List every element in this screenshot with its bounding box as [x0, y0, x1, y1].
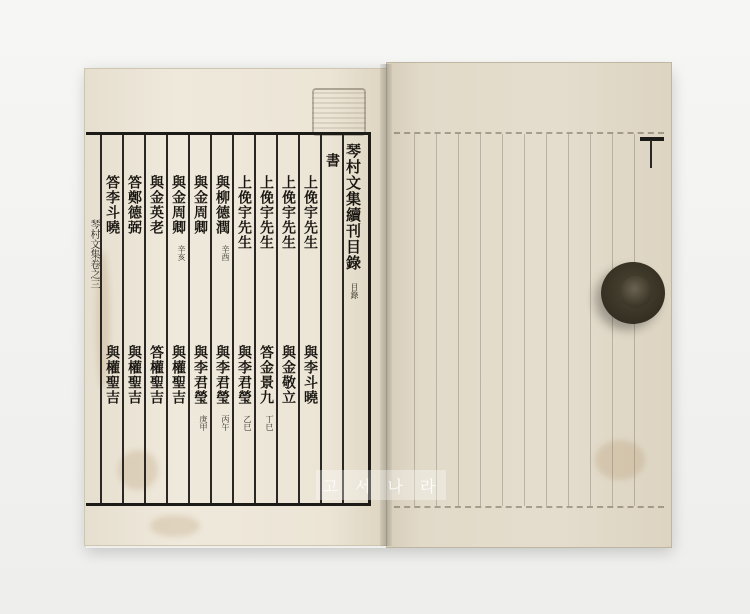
toc-entry: 與權聖吉: [170, 345, 186, 405]
date-note: 丁巳: [264, 415, 275, 431]
toc-entry: 答鄭德弼: [126, 175, 142, 235]
column-rule: [480, 134, 481, 506]
page-corner-mark: [640, 137, 664, 141]
section-heading: 書: [324, 153, 340, 168]
watermark-char: 나: [388, 474, 407, 497]
date-note: 辛亥: [176, 245, 187, 261]
watermark-char: 라: [420, 474, 439, 497]
toc-entry: 上俛宇先生: [258, 175, 274, 250]
column-rule: [210, 135, 212, 503]
toc-entry: 與金敬立: [280, 345, 296, 405]
watermark-char: 서: [355, 474, 374, 497]
column-rule: [502, 134, 503, 506]
title-suffix: 目錄: [349, 283, 360, 299]
column-rule: [568, 134, 569, 506]
watermark-char: 고: [323, 474, 342, 497]
column-rule: [144, 135, 146, 503]
watermark: 고 서 나 라: [316, 470, 446, 500]
column-rule: [458, 134, 459, 506]
page-corner-mark-stem: [650, 140, 652, 168]
toc-entry: 與金英老: [148, 175, 164, 235]
date-note: 丙午: [220, 415, 231, 431]
toc-entry: 上俛宇先生: [236, 175, 252, 250]
date-note: 庚甲: [198, 415, 209, 431]
toc-entry: 答金景九: [258, 345, 274, 405]
fore-edge-label: 琴村文集卷之三: [86, 219, 101, 289]
column-rule: [524, 134, 525, 506]
toc-entry: 與李君瑩: [236, 345, 252, 405]
date-note: 辛酉: [220, 245, 231, 261]
column-rule: [414, 134, 415, 506]
column-rule: [612, 134, 613, 506]
column-rule: [166, 135, 168, 503]
toc-entry: 與柳德潤: [214, 175, 230, 235]
column-rule: [188, 135, 190, 503]
column-rule: [320, 135, 322, 503]
column-rule: [436, 134, 437, 506]
toc-entry: 與權聖吉: [126, 345, 142, 405]
toc-entry: 與金周卿: [170, 175, 186, 235]
toc-entry: 上俛宇先生: [280, 175, 296, 250]
toc-entry: 上俛宇先生: [302, 175, 318, 250]
seal-stamp: [312, 88, 366, 136]
brass-weight-knob: [620, 276, 652, 308]
left-page-frame: 琴村文集續刊目錄 目錄 書 上俛宇先生 與李斗曉 上俛宇先生 與金敬立 上俛宇先…: [86, 132, 371, 506]
column-rule: [232, 135, 234, 503]
column-rule: [590, 134, 591, 506]
toc-entry: 答李斗曉: [104, 175, 120, 235]
toc-entry: 與權聖吉: [104, 345, 120, 405]
column-rule: [276, 135, 278, 503]
toc-entry: 與李君瑩: [214, 345, 230, 405]
column-rule: [100, 135, 102, 503]
column-rule: [122, 135, 124, 503]
column-rule: [254, 135, 256, 503]
toc-entry: 與李君瑩: [192, 345, 208, 405]
book-title: 琴村文集續刊目錄: [345, 143, 361, 271]
toc-entry: 與李斗曉: [302, 345, 318, 405]
column-rule: [546, 134, 547, 506]
toc-entry: 與金周卿: [192, 175, 208, 235]
toc-entry: 答權聖吉: [148, 345, 164, 405]
date-note: 乙巳: [242, 415, 253, 431]
column-rule: [298, 135, 300, 503]
stain: [150, 515, 200, 537]
